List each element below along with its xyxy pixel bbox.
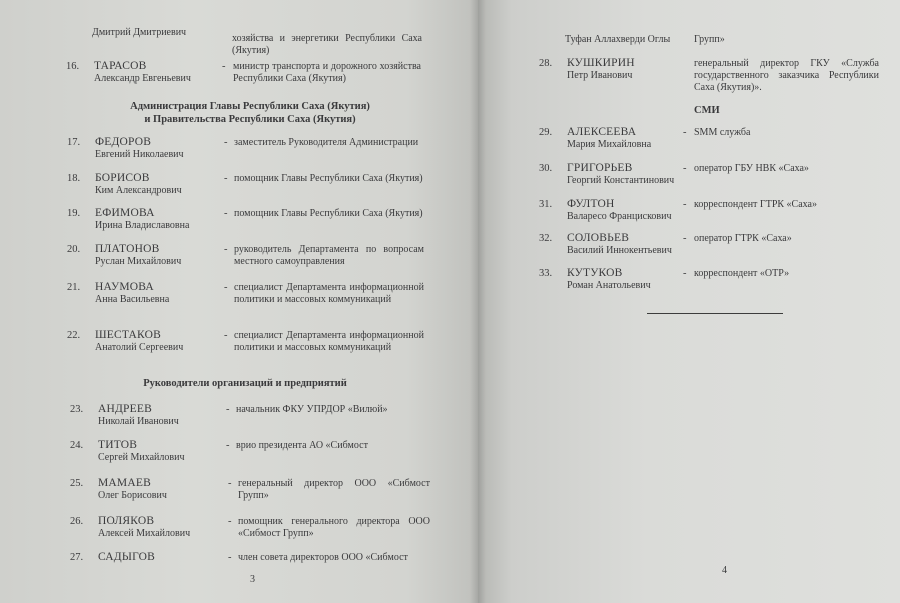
entry-number: 32. [539,233,552,244]
book-gutter [470,0,486,603]
entry-dash: - [224,282,228,293]
entry-number: 21. [67,282,80,293]
entry-position: генеральный директор ГКУ «Служба государ… [694,58,879,94]
entry-surname: ТАРАСОВ [94,60,146,72]
entry-position: помощник генерального директора ООО «Сиб… [238,516,430,540]
entry-number: 17. [67,137,80,148]
entry-surname: ГРИГОРЬЕВ [567,162,633,174]
continued-given-name: Туфан Аллахверди Оглы [565,34,670,45]
entry-number: 31. [539,199,552,210]
entry-number: 22. [67,330,80,341]
entry-position: оператор ГТРК «Саха» [694,233,879,245]
entry-position: заместитель Руководителя Администрации [234,137,424,149]
entry-given-name: Александр Евгеньевич [94,73,191,84]
entry-surname: НАУМОВА [95,281,154,293]
entry-surname: ФУЛТОН [567,198,615,210]
entry-surname: САДЫГОВ [98,551,155,563]
entry-number: 28. [539,58,552,69]
entry-given-name: Петр Иванович [567,70,632,81]
entry-number: 26. [70,516,83,527]
entry-surname: БОРИСОВ [95,172,150,184]
entry-surname: КУШКИРИН [567,57,635,69]
entry-surname: СОЛОВЬЕВ [567,232,629,244]
entry-position: начальник ФКУ УПРДОР «Вилюй» [236,404,428,416]
entry-given-name: Ирина Владиславовна [95,220,189,231]
entry-dash: - [228,552,232,563]
entry-number: 20. [67,244,80,255]
entry-number: 18. [67,173,80,184]
entry-dash: - [683,268,687,279]
entry-surname: МАМАЕВ [98,477,151,489]
page-number: 3 [250,574,255,585]
entry-number: 24. [70,440,83,451]
entry-given-name: Анна Васильевна [95,294,169,305]
entry-surname: ТИТОВ [98,439,137,451]
entry-number: 27. [70,552,83,563]
entry-given-name: Роман Анатольевич [567,280,651,291]
entry-dash: - [683,163,687,174]
entry-dash: - [683,233,687,244]
section-heading-media: СМИ [694,104,720,117]
entry-given-name: Ким Александрович [95,185,182,196]
entry-given-name: Валаресо Францискович [567,211,672,222]
entry-given-name: Евгений Николаевич [95,149,184,160]
entry-number: 25. [70,478,83,489]
entry-surname: КУТУКОВ [567,267,623,279]
entry-surname: ЕФИМОВА [95,207,155,219]
entry-position: корреспондент ГТРК «Саха» [694,199,879,211]
entry-dash: - [228,478,232,489]
entry-number: 23. [70,404,83,415]
entry-position: помощник Главы Республики Саха (Якутия) [234,173,424,185]
entry-number: 29. [539,127,552,138]
entry-given-name: Алексей Михайлович [98,528,190,539]
entry-position: SMM служба [694,127,879,139]
entry-number: 19. [67,208,80,219]
entry-dash: - [222,61,226,72]
entry-given-name: Сергей Михайлович [98,452,184,463]
entry-dash: - [224,244,228,255]
continued-position: хозяйства и энергетики Республики Саха (… [232,33,422,57]
entry-position: руководитель Департамента по вопросам ме… [234,244,424,268]
section-heading-admin: Администрация Главы Республики Саха (Яку… [115,100,385,113]
entry-position: министр транспорта и дорожного хозяйства… [233,61,421,85]
continued-position: Групп» [694,34,854,46]
entry-dash: - [224,208,228,219]
entry-position: специалист Департамента информационной п… [234,282,424,306]
entry-given-name: Николай Иванович [98,416,179,427]
entry-surname: ПОЛЯКОВ [98,515,154,527]
entry-position: помощник Главы Республики Саха (Якутия) [234,208,424,220]
page-number: 4 [722,565,727,576]
continued-given-name: Дмитрий Дмитриевич [92,27,186,38]
entry-dash: - [224,137,228,148]
entry-position: член совета директоров ООО «Сибмост [238,552,430,564]
entry-given-name: Руслан Михайлович [95,256,181,267]
entry-position: оператор ГБУ НВК «Саха» [694,163,879,175]
entry-dash: - [683,199,687,210]
entry-dash: - [224,173,228,184]
entry-number: 30. [539,163,552,174]
entry-given-name: Олег Борисович [98,490,167,501]
entry-position: корреспондент «ОТР» [694,268,879,280]
end-of-list-rule [647,313,783,314]
entry-surname: ШЕСТАКОВ [95,329,161,341]
entry-surname: ПЛАТОНОВ [95,243,159,255]
entry-surname: АНДРЕЕВ [98,403,152,415]
entry-dash: - [224,330,228,341]
entry-given-name: Василий Иннокентьевич [567,245,672,256]
entry-dash: - [226,440,230,451]
entry-given-name: Мария Михайловна [567,139,651,150]
entry-surname: ФЕДОРОВ [95,136,151,148]
entry-surname: АЛЕКСЕЕВА [567,126,636,138]
entry-position: специалист Департамента информационной п… [234,330,424,354]
entry-dash: - [228,516,232,527]
entry-number: 16. [66,61,79,72]
entry-given-name: Георгий Константинович [567,175,674,186]
entry-dash: - [683,127,687,138]
entry-position: врио президента АО «Сибмост [236,440,428,452]
section-heading-organizations: Руководители организаций и предприятий [125,377,365,390]
entry-given-name: Анатолий Сергеевич [95,342,183,353]
entry-position: генеральный директор ООО «Сибмост Групп» [238,478,430,502]
entry-number: 33. [539,268,552,279]
section-heading-admin-line2: и Правительства Республики Саха (Якутия) [115,113,385,126]
entry-dash: - [226,404,230,415]
